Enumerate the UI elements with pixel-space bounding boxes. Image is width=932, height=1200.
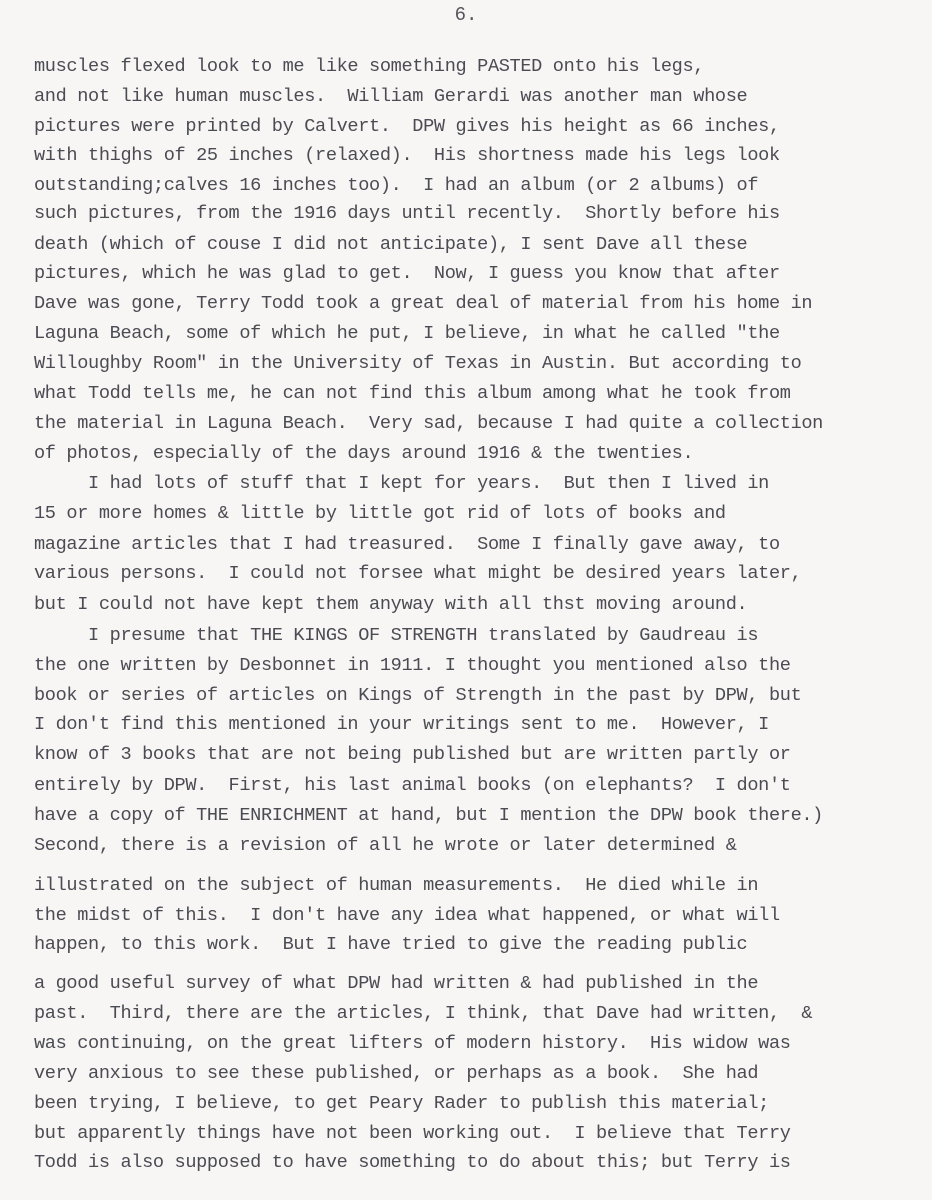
text-line: but apparently things have not been work… [34, 1123, 791, 1145]
text-line: illustrated on the subject of human meas… [34, 875, 758, 897]
text-line: entirely by DPW. First, his last animal … [34, 775, 791, 797]
text-line: Dave was gone, Terry Todd took a great d… [34, 293, 812, 315]
text-line: Todd is also supposed to have something … [34, 1152, 791, 1174]
text-line: Laguna Beach, some of which he put, I be… [34, 323, 780, 345]
text-line: I don't find this mentioned in your writ… [34, 714, 769, 736]
text-line: past. Third, there are the articles, I t… [34, 1003, 812, 1025]
text-line: book or series of articles on Kings of S… [34, 685, 801, 707]
text-line: I presume that THE KINGS OF STRENGTH tra… [34, 625, 758, 647]
text-line: what Todd tells me, he can not find this… [34, 383, 791, 405]
text-line: very anxious to see these published, or … [34, 1063, 758, 1085]
text-line: pictures were printed by Calvert. DPW gi… [34, 116, 780, 138]
text-line: happen, to this work. But I have tried t… [34, 934, 747, 956]
text-line: such pictures, from the 1916 days until … [34, 203, 780, 225]
text-line: and not like human muscles. William Gera… [34, 86, 747, 108]
text-line: was continuing, on the great lifters of … [34, 1033, 791, 1055]
text-line: of photos, especially of the days around… [34, 443, 693, 465]
text-line: the midst of this. I don't have any idea… [34, 905, 780, 927]
text-line: Second, there is a revision of all he wr… [34, 835, 737, 857]
text-line: a good useful survey of what DPW had wri… [34, 973, 758, 995]
text-line: the one written by Desbonnet in 1911. I … [34, 655, 791, 677]
text-line: pictures, which he was glad to get. Now,… [34, 263, 780, 285]
text-line: muscles flexed look to me like something… [34, 56, 704, 78]
text-line: Willoughby Room" in the University of Te… [34, 353, 801, 375]
text-line: the material in Laguna Beach. Very sad, … [34, 413, 823, 435]
text-line: outstanding;calves 16 inches too). I had… [34, 175, 758, 197]
page-number: 6. [0, 4, 932, 26]
text-line: 15 or more homes & little by little got … [34, 503, 726, 525]
text-line: with thighs of 25 inches (relaxed). His … [34, 145, 780, 167]
text-line: various persons. I could not forsee what… [34, 563, 801, 585]
letter-page: 6. muscles flexed look to me like someth… [0, 0, 932, 1200]
text-line: death (which of couse I did not anticipa… [34, 234, 747, 256]
text-line: but I could not have kept them anyway wi… [34, 594, 747, 616]
text-line: have a copy of THE ENRICHMENT at hand, b… [34, 805, 823, 827]
text-line: I had lots of stuff that I kept for year… [34, 473, 769, 495]
text-line: know of 3 books that are not being publi… [34, 744, 791, 766]
text-line: magazine articles that I had treasured. … [34, 534, 780, 556]
text-line: been trying, I believe, to get Peary Rad… [34, 1093, 769, 1115]
